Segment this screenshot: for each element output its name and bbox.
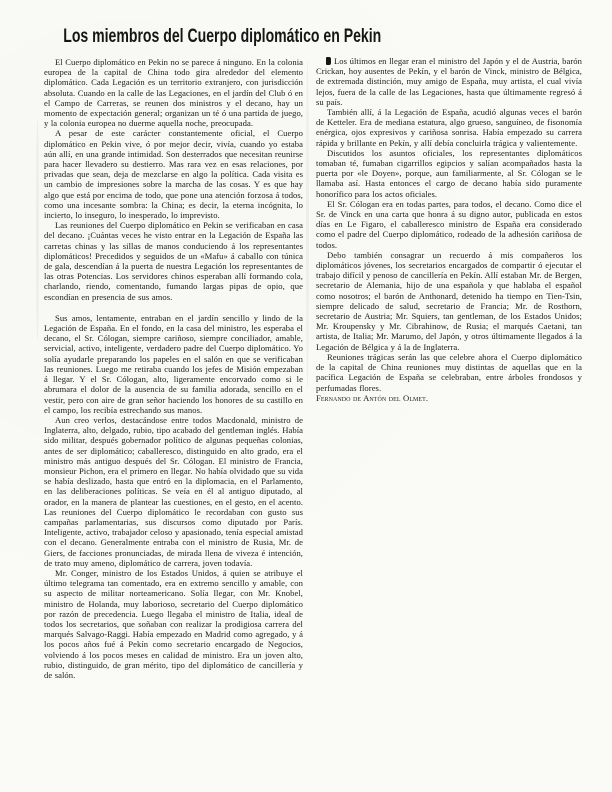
article-signature: Fernando de Antón del Olmet.: [316, 393, 582, 403]
article-column-left: Los miembros del Cuerpo diplomático en P…: [44, 26, 303, 680]
newspaper-page: Los miembros del Cuerpo diplomático en P…: [0, 0, 612, 792]
article-paragraph: Reuniones trágicas serán las que celebre…: [316, 352, 582, 393]
article-paragraph: Sus amos, lentamente, entraban en el jar…: [44, 313, 303, 415]
article-columns: Los miembros del Cuerpo diplomático en P…: [44, 26, 582, 680]
article-paragraph: Los últimos en llegar eran el ministro d…: [316, 56, 582, 107]
article-paragraph: Discutidos los asuntos oficiales, los re…: [316, 148, 582, 199]
article-paragraph: Mr. Conger, ministro de los Estados Unid…: [44, 568, 303, 680]
article-paragraph: Debo también consagrar un recuerdo á mis…: [316, 250, 582, 352]
article-title: Los miembros del Cuerpo diplomático en P…: [44, 26, 236, 48]
paper-smudge: [36, 120, 39, 340]
article-paragraph: También allí, á la Legación de España, a…: [316, 107, 582, 148]
article-paragraph: Las reuniones del Cuerpo diplomático en …: [44, 220, 303, 302]
article-paragraph: El Sr. Cólogan era en todas partes, para…: [316, 199, 582, 250]
ink-mark-icon: [326, 57, 331, 65]
article-paragraph: Aun creo verlos, destacándose entre todo…: [44, 415, 303, 568]
article-column-right: Los últimos en llegar eran el ministro d…: [316, 26, 582, 680]
article-paragraph: A pesar de este carácter constantemente …: [44, 128, 303, 220]
article-paragraph-text: Los últimos en llegar eran el ministro d…: [316, 56, 582, 107]
article-paragraph: El Cuerpo diplomático en Pekin no se par…: [44, 57, 303, 128]
